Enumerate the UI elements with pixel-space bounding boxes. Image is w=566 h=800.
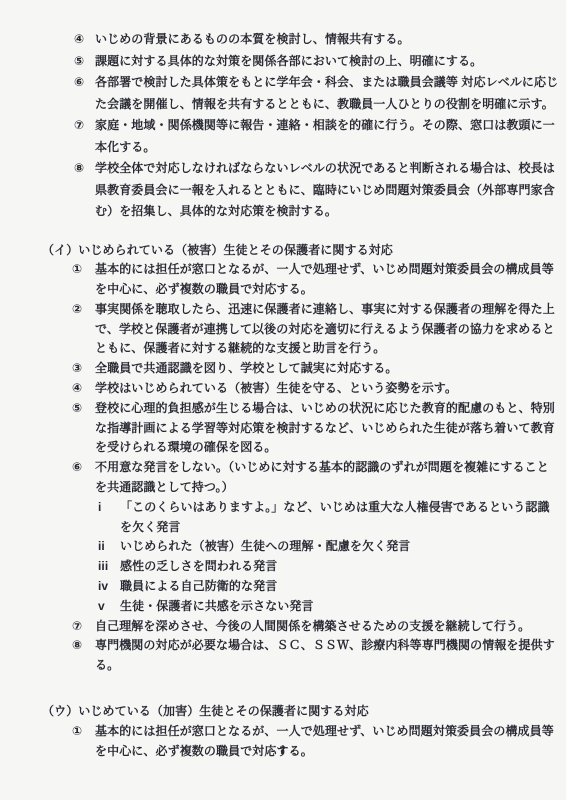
item-text: 自己理解を深めさせ、今後の人間関係を構築させるための支援を継続して行う。 [95, 617, 559, 637]
item-text: 基本的には担任が窓口となるが、一人で処理せず、いじめ問題対策委員会の構成員等を中… [95, 260, 559, 300]
sub-item-text: いじめられた（被害）生徒への理解・配慮を欠く発言 [120, 537, 558, 557]
list-item: ① 基本的には担任が窓口となるが、一人で処理せず、いじめ問題対策委員会の構成員等… [0, 260, 566, 300]
item-text: 課題に対する具体的な対策を関係各部において検討の上、明確にする。 [95, 51, 559, 73]
sub-list-item: i 「このくらいはありますよ。」など、いじめは重大な人権侵害であるという認識を欠… [0, 498, 566, 538]
section-gap [0, 676, 566, 702]
item-marker: ⑤ [74, 51, 95, 73]
item-text: 専門機関の対応が必要な場合は、ＳＣ、ＳＳＷ、診療内科等専門機関の情報を提供する。 [95, 636, 559, 676]
document-content: ④ いじめの背景にあるものの本質を検討し、情報共有する。 ⑤ 課題に対する具体的… [0, 29, 566, 761]
item-text: 各部署で検討した具体策をもとに学年会・科会、または職員会議等 対応レベルに応じた… [95, 72, 559, 115]
list-item: ③ 全職員で共通認識を図り、学校として誠実に対応する。 [0, 359, 566, 379]
item-marker: ⑦ [74, 115, 95, 158]
section-i-heading: （イ）いじめられている（被害）生徒とその保護者に関する対応 [0, 241, 566, 261]
list-item: ⑦ 自己理解を深めさせ、今後の人間関係を構築させるための支援を継続して行う。 [0, 617, 566, 637]
sub-list-item: ii いじめられた（被害）生徒への理解・配慮を欠く発言 [0, 537, 566, 557]
item-marker: ③ [72, 359, 95, 379]
item-text: 全職員で共通認識を図り、学校として誠実に対応する。 [95, 359, 559, 379]
list-item: ⑤ 登校に心理的負担感が生じる場合は、いじめの状況に応じた教育的配慮のもと、特別… [0, 399, 566, 458]
list-item: ⑦ 家庭・地域・関係機関等に報告・連絡・相談を的確に行う。その際、窓口は教頭に一… [0, 115, 566, 158]
list-item: ⑧ 専門機関の対応が必要な場合は、ＳＣ、ＳＳＷ、診療内科等専門機関の情報を提供す… [0, 636, 566, 676]
list-item: ⑥ 不用意な発言をしない。（いじめに対する基本的認識のずれが問題を複雑にすること… [0, 458, 566, 498]
item-marker: ⑧ [72, 636, 95, 676]
section-u-heading: （ウ）いじめている（加害）生徒とその保護者に関する対応 [0, 702, 566, 722]
sub-item-marker: iii [98, 557, 120, 577]
sub-list-item: v 生徒・保護者に共感を示さない発言 [0, 597, 566, 617]
item-text: 事実関係を聴取したら、迅速に保護者に連絡し、事実に対する保護者の理解を得た上で、… [95, 300, 559, 359]
item-marker: ⑤ [72, 399, 95, 458]
list-item: ④ いじめの背景にあるものの本質を検討し、情報共有する。 [0, 29, 566, 51]
sub-list-item: iv 職員による自己防衛的な発言 [0, 577, 566, 597]
item-marker: ④ [72, 379, 95, 399]
item-text: 家庭・地域・関係機関等に報告・連絡・相談を的確に行う。その際、窓口は教頭に一本化… [95, 115, 559, 158]
item-text: いじめの背景にあるものの本質を検討し、情報共有する。 [95, 29, 559, 51]
item-marker: ⑥ [74, 72, 95, 115]
sub-item-text: 感性の乏しさを問われる発言 [120, 557, 558, 577]
list-item: ⑥ 各部署で検討した具体策をもとに学年会・科会、または職員会議等 対応レベルに応… [0, 72, 566, 115]
item-marker: ④ [74, 29, 95, 51]
list-item: ⑤ 課題に対する具体的な対策を関係各部において検討の上、明確にする。 [0, 51, 566, 73]
sub-item-marker: ii [98, 537, 120, 557]
item-marker: ⑧ [74, 158, 95, 223]
sub-list-item: iii 感性の乏しさを問われる発言 [0, 557, 566, 577]
sub-item-marker: iv [98, 577, 120, 597]
document-page: ④ いじめの背景にあるものの本質を検討し、情報共有する。 ⑤ 課題に対する具体的… [0, 0, 566, 800]
sub-item-text: 生徒・保護者に共感を示さない発言 [120, 597, 558, 617]
sub-item-marker: v [98, 597, 120, 617]
sub-item-marker: i [98, 498, 120, 538]
list-item: ② 事実関係を聴取したら、迅速に保護者に連絡し、事実に対する保護者の理解を得た上… [0, 300, 566, 359]
item-text: 登校に心理的負担感が生じる場合は、いじめの状況に応じた教育的配慮のもと、特別な指… [95, 399, 559, 458]
item-text: 学校はいじめられている（被害）生徒を守る、という姿勢を示す。 [95, 379, 559, 399]
list-item: ④ 学校はいじめられている（被害）生徒を守る、という姿勢を示す。 [0, 379, 566, 399]
item-marker: ⑦ [72, 617, 95, 637]
section-gap [0, 223, 566, 241]
item-text: 不用意な発言をしない。（いじめに対する基本的認識のずれが問題を複雑にすることを共… [95, 458, 559, 498]
sub-item-text: 職員による自己防衛的な発言 [120, 577, 558, 597]
item-marker: ② [72, 300, 95, 359]
item-marker: ⑥ [72, 458, 95, 498]
item-text: 学校全体で対応しなければならないレベルの状況であると判断される場合は、校長は県教… [95, 158, 559, 223]
page-number: - 7 - [0, 745, 566, 757]
item-marker: ① [72, 260, 95, 300]
sub-item-text: 「このくらいはありますよ。」など、いじめは重大な人権侵害であるという認識を欠く発… [120, 498, 558, 538]
list-item: ⑧ 学校全体で対応しなければならないレベルの状況であると判断される場合は、校長は… [0, 158, 566, 223]
